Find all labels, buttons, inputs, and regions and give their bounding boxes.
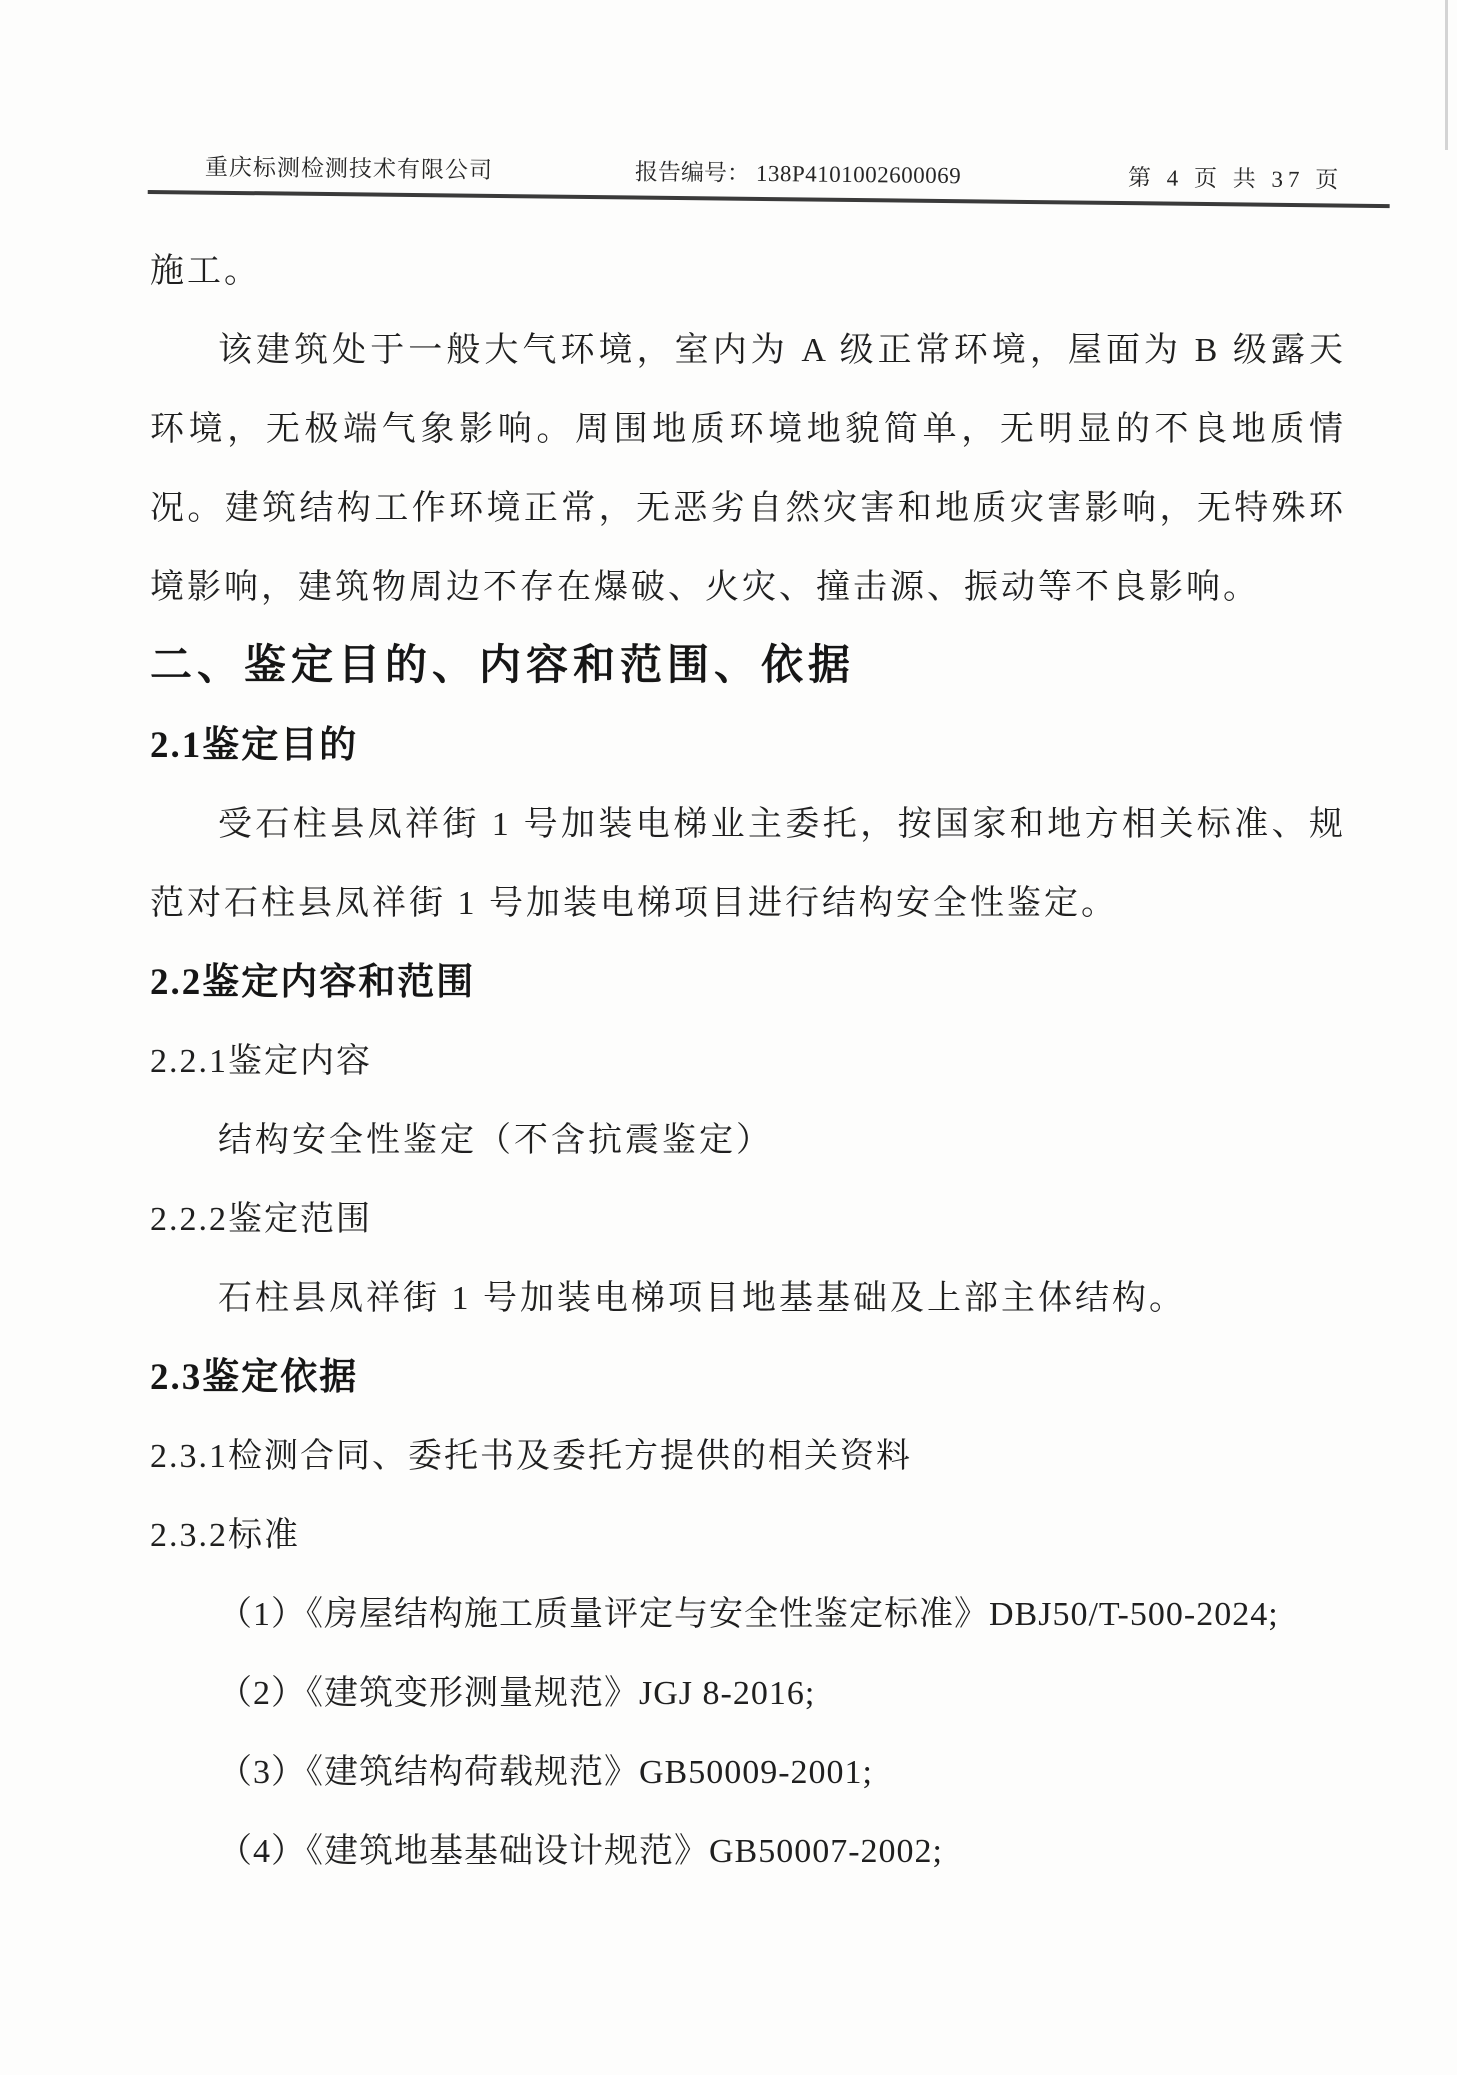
report-number: 报告编号：138P4101002600069 <box>635 154 962 191</box>
section-2-2-1-text: 结构安全性鉴定（不含抗震鉴定） <box>150 1101 1346 1180</box>
standard-item-2: （2）《建筑变形测量规范》JGJ 8-2016; <box>150 1654 1346 1733</box>
section-2-3-1-heading: 2.3.1检测合同、委托书及委托方提供的相关资料 <box>150 1417 1346 1496</box>
scan-edge-artifact <box>1445 0 1448 150</box>
standard-item-3: （3）《建筑结构荷载规范》GB50009-2001; <box>150 1733 1346 1812</box>
page-header: 重庆标测检测技术有限公司 报告编号：138P4101002600069 第 4 … <box>0 146 1457 243</box>
standard-item-4: （4）《建筑地基基础设计规范》GB50007-2002; <box>150 1812 1346 1891</box>
report-number-label: 报告编号： <box>635 160 750 186</box>
section-2-3-2-heading: 2.3.2标准 <box>150 1496 1346 1575</box>
page-indicator: 第 4 页 共 37 页 <box>1128 159 1344 194</box>
environment-paragraph: 该建筑处于一般大气环境，室内为 A 级正常环境，屋面为 B 级露天环境，无极端气… <box>150 311 1346 627</box>
report-number-value: 138P4101002600069 <box>756 161 962 188</box>
section-2-1-paragraph: 受石柱县凤祥街 1 号加装电梯业主委托，按国家和地方相关标准、规范对石柱县凤祥街… <box>150 785 1346 943</box>
carryover-text: 施工。 <box>150 232 1346 311</box>
chapter-heading: 二、鉴定目的、内容和范围、依据 <box>150 627 1346 706</box>
section-2-2-1-heading: 2.2.1鉴定内容 <box>150 1022 1346 1101</box>
section-2-3-heading: 2.3鉴定依据 <box>150 1338 1346 1417</box>
section-2-2-heading: 2.2鉴定内容和范围 <box>150 943 1346 1022</box>
section-2-2-2-heading: 2.2.2鉴定范围 <box>150 1180 1346 1259</box>
company-name: 重庆标测检测技术有限公司 <box>205 149 493 185</box>
document-body: 施工。 该建筑处于一般大气环境，室内为 A 级正常环境，屋面为 B 级露天环境，… <box>150 232 1346 1891</box>
report-page: 重庆标测检测技术有限公司 报告编号：138P4101002600069 第 4 … <box>0 0 1457 2075</box>
section-2-2-2-text: 石柱县凤祥街 1 号加装电梯项目地基基础及上部主体结构。 <box>150 1259 1346 1338</box>
standard-item-1: （1）《房屋结构施工质量评定与安全性鉴定标准》DBJ50/T-500-2024; <box>150 1575 1346 1654</box>
section-2-1-heading: 2.1鉴定目的 <box>150 706 1346 785</box>
